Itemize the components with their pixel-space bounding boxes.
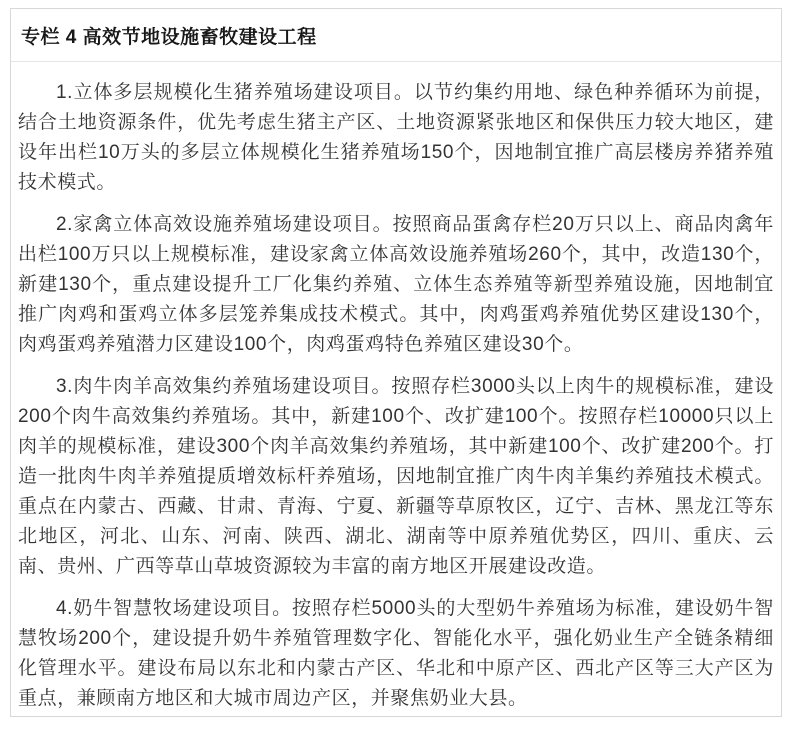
paragraph-poultry-farms: 2.家禽立体高效设施养殖场建设项目。按照商品蛋禽存栏20万只以上、商品肉禽年出栏…: [18, 210, 774, 360]
panel-title: 专栏 4 高效节地设施畜牧建设工程: [11, 9, 781, 62]
special-column-panel: 专栏 4 高效节地设施畜牧建设工程 1.立体多层规模化生猪养殖场建设项目。以节约…: [10, 8, 782, 717]
paragraph-dairy-smart-farms: 4.奶牛智慧牧场建设项目。按照存栏5000头的大型奶牛养殖场为标准，建设奶牛智慧…: [18, 594, 774, 714]
paragraph-pig-farms: 1.立体多层规模化生猪养殖场建设项目。以节约集约用地、绿色种养循环为前提，结合土…: [18, 78, 774, 198]
paragraph-cattle-sheep-farms: 3.肉牛肉羊高效集约养殖场建设项目。按照存栏3000头以上肉牛的规模标准，建设2…: [18, 372, 774, 582]
panel-body: 1.立体多层规模化生猪养殖场建设项目。以节约集约用地、绿色种养循环为前提，结合土…: [11, 62, 781, 714]
